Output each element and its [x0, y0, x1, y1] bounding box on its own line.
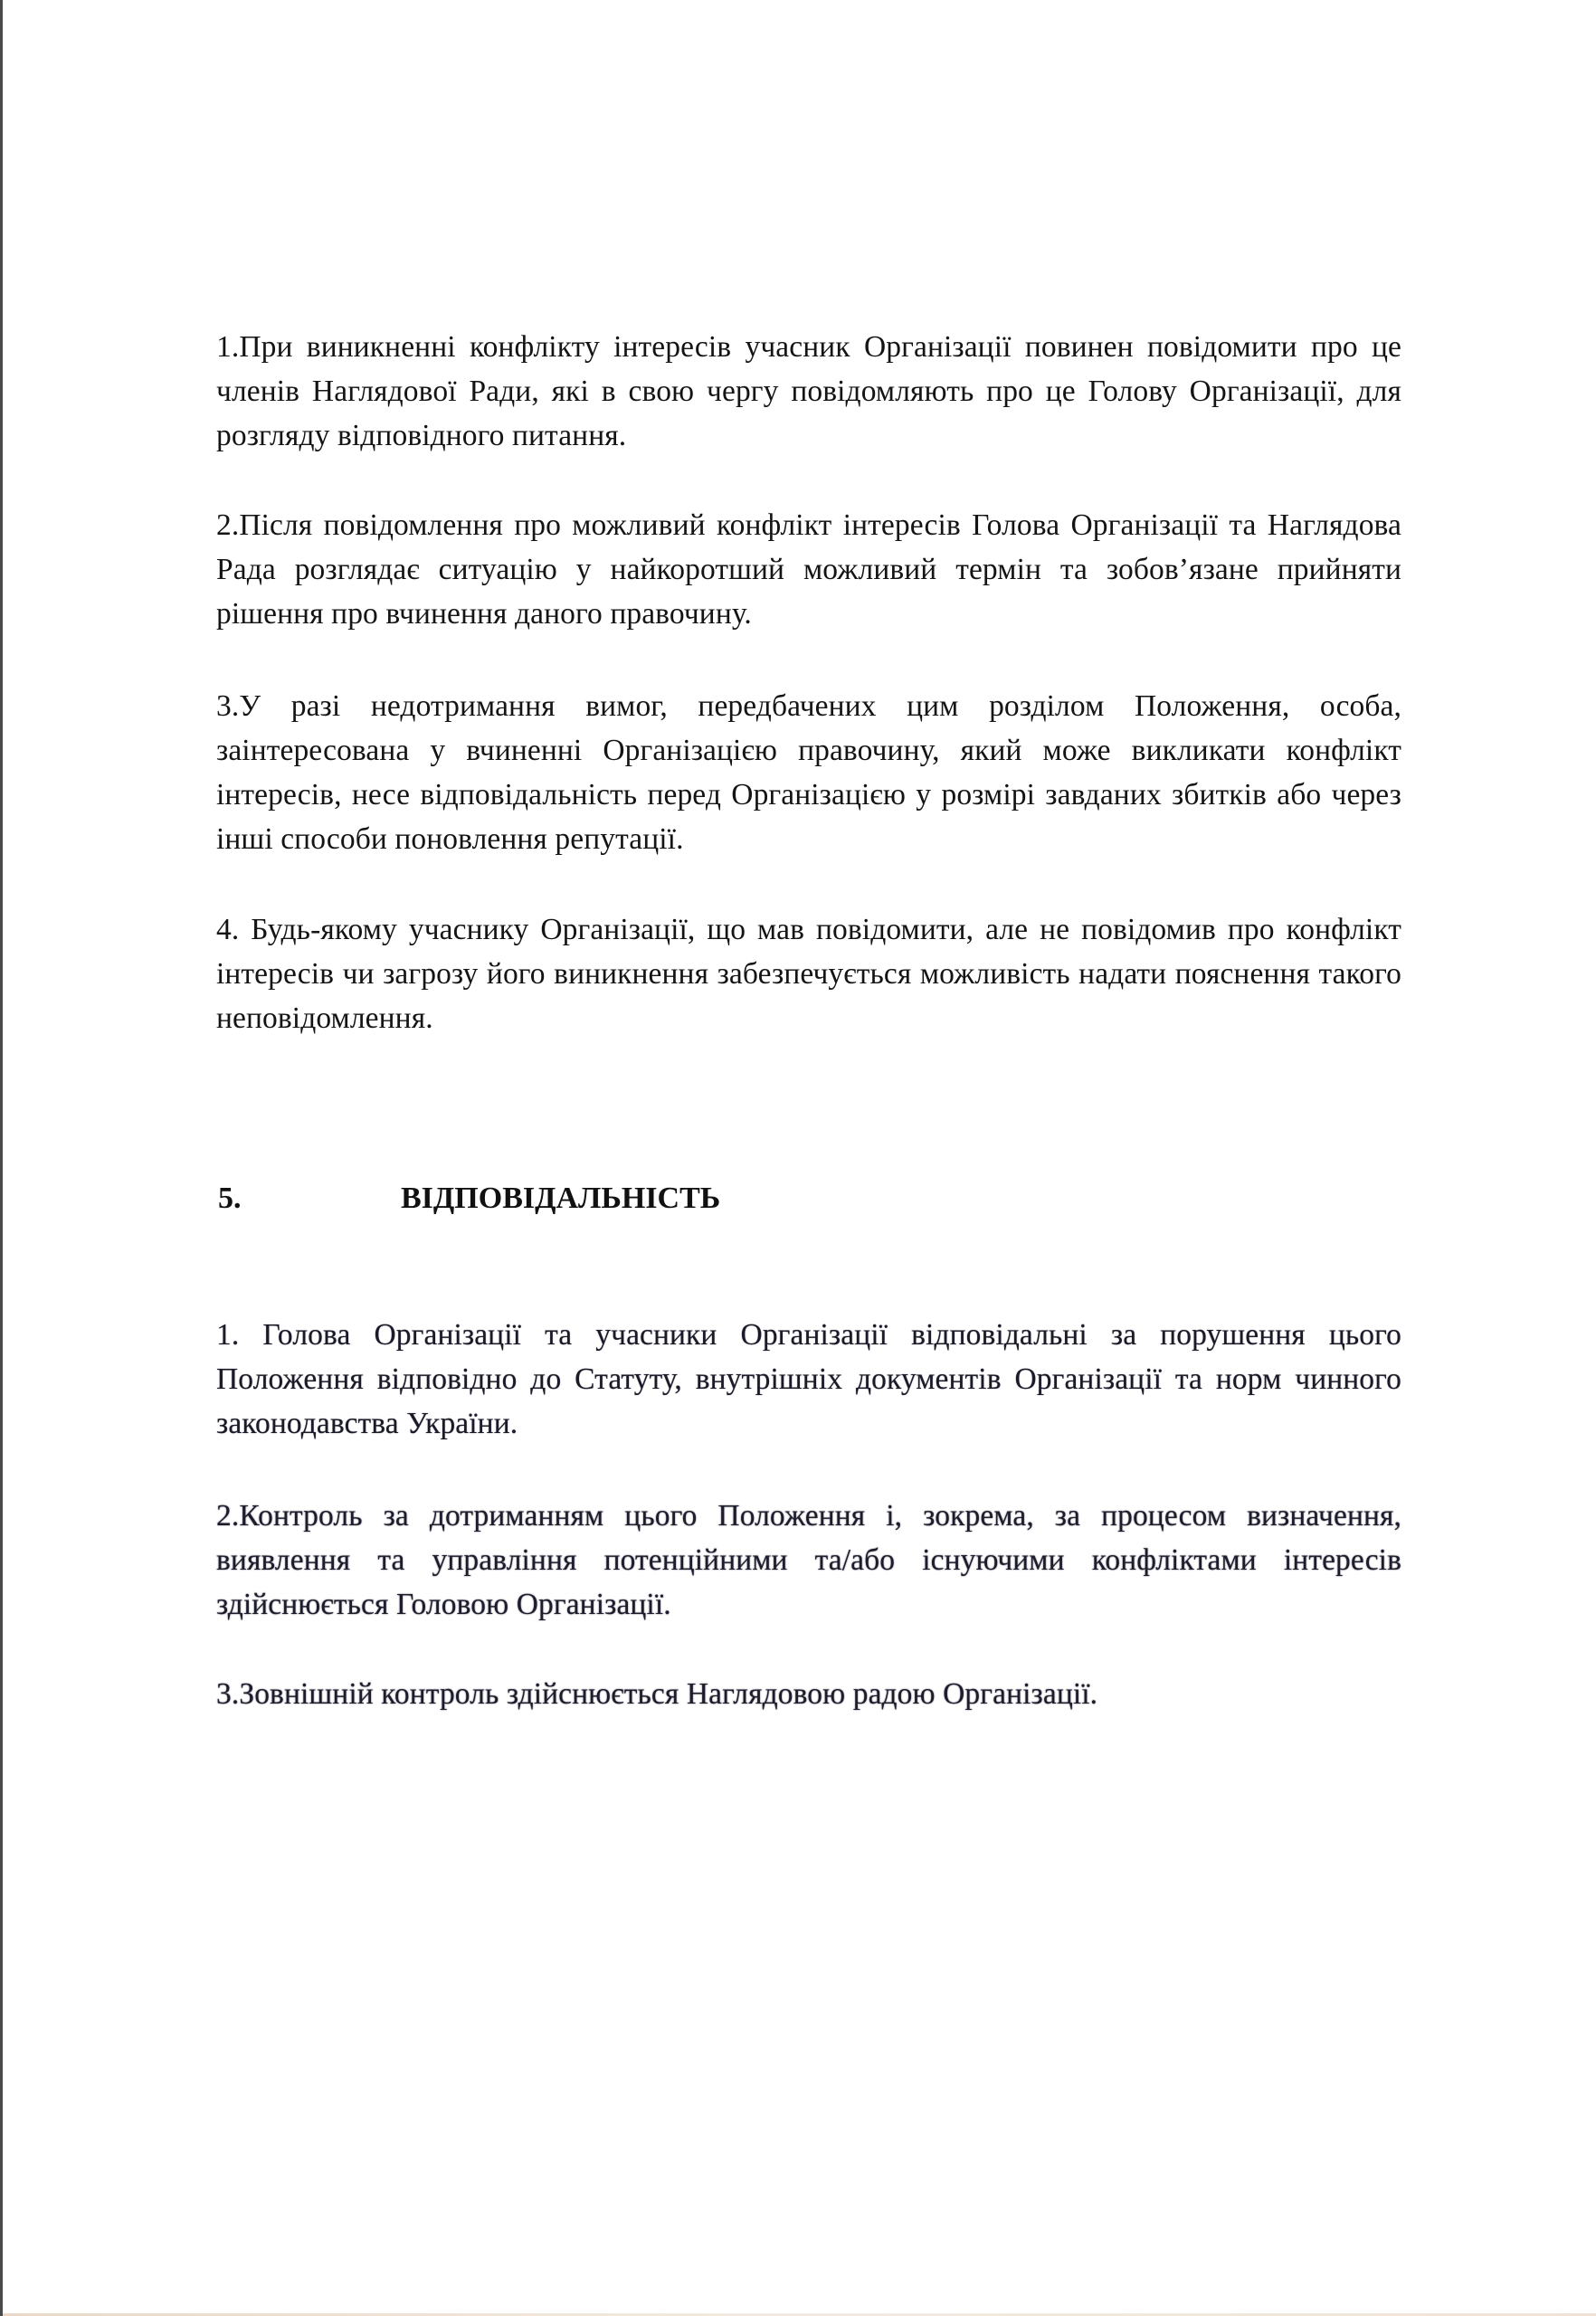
section-title: ВІДПОВІДАЛЬНІСТЬ	[401, 1176, 720, 1220]
conflict-paragraph-3: 3.У разі недотримання вимог, передбачени…	[216, 684, 1401, 861]
responsibility-paragraph-2: 2.Контроль за дотриманням цього Положенн…	[216, 1494, 1401, 1627]
section-heading: 5. ВІДПОВІДАЛЬНІСТЬ	[218, 1176, 720, 1220]
document-page: 1.При виникненні конфлікту інтересів уча…	[0, 0, 1596, 2316]
section-number: 5.	[218, 1176, 401, 1220]
responsibility-paragraph-1: 1. Голова Організації та учасники Органі…	[216, 1313, 1401, 1446]
conflict-paragraph-4: 4. Будь-якому учаснику Організації, що м…	[216, 907, 1401, 1040]
conflict-paragraph-1: 1.При виникненні конфлікту інтересів уча…	[216, 325, 1401, 458]
responsibility-paragraph-3: 3.Зовнішній контроль здійснюється Нагляд…	[216, 1672, 1401, 1716]
conflict-paragraph-2: 2.Після повідомлення про можливий конфлі…	[216, 503, 1401, 636]
